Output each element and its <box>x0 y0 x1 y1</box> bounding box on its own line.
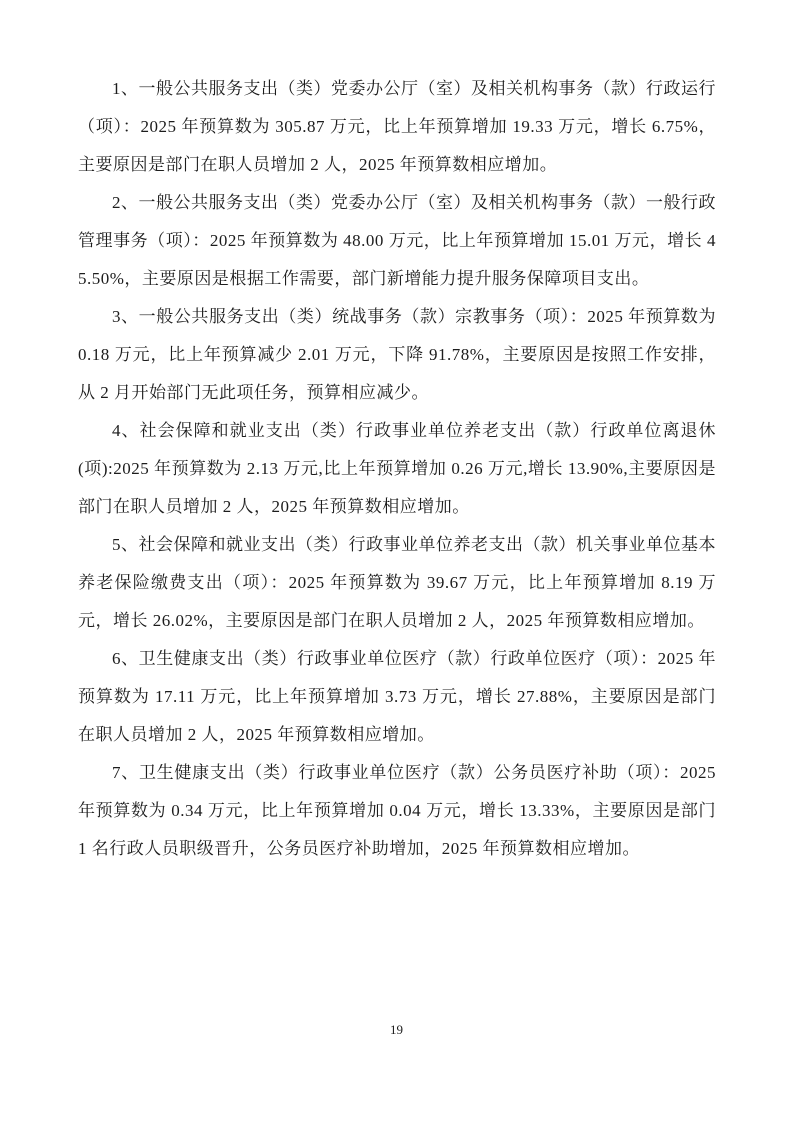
budget-paragraph-6: 6、卫生健康支出（类）行政事业单位医疗（款）行政单位医疗（项）：2025 年预算… <box>78 640 716 754</box>
budget-paragraph-4: 4、社会保障和就业支出（类）行政事业单位养老支出（款）行政单位离退休(项):20… <box>78 412 716 526</box>
page-number: 19 <box>0 1020 793 1040</box>
document-body: 1、一般公共服务支出（类）党委办公厅（室）及相关机构事务（款）行政运行（项）：2… <box>78 70 716 868</box>
budget-paragraph-2: 2、一般公共服务支出（类）党委办公厅（室）及相关机构事务（款）一般行政管理事务（… <box>78 184 716 298</box>
budget-paragraph-5: 5、社会保障和就业支出（类）行政事业单位养老支出（款）机关事业单位基本养老保险缴… <box>78 526 716 640</box>
budget-paragraph-1: 1、一般公共服务支出（类）党委办公厅（室）及相关机构事务（款）行政运行（项）：2… <box>78 70 716 184</box>
budget-paragraph-3: 3、一般公共服务支出（类）统战事务（款）宗教事务（项）：2025 年预算数为 0… <box>78 298 716 412</box>
document-page: 1、一般公共服务支出（类）党委办公厅（室）及相关机构事务（款）行政运行（项）：2… <box>0 0 793 1122</box>
budget-paragraph-7: 7、卫生健康支出（类）行政事业单位医疗（款）公务员医疗补助（项）：2025 年预… <box>78 754 716 868</box>
